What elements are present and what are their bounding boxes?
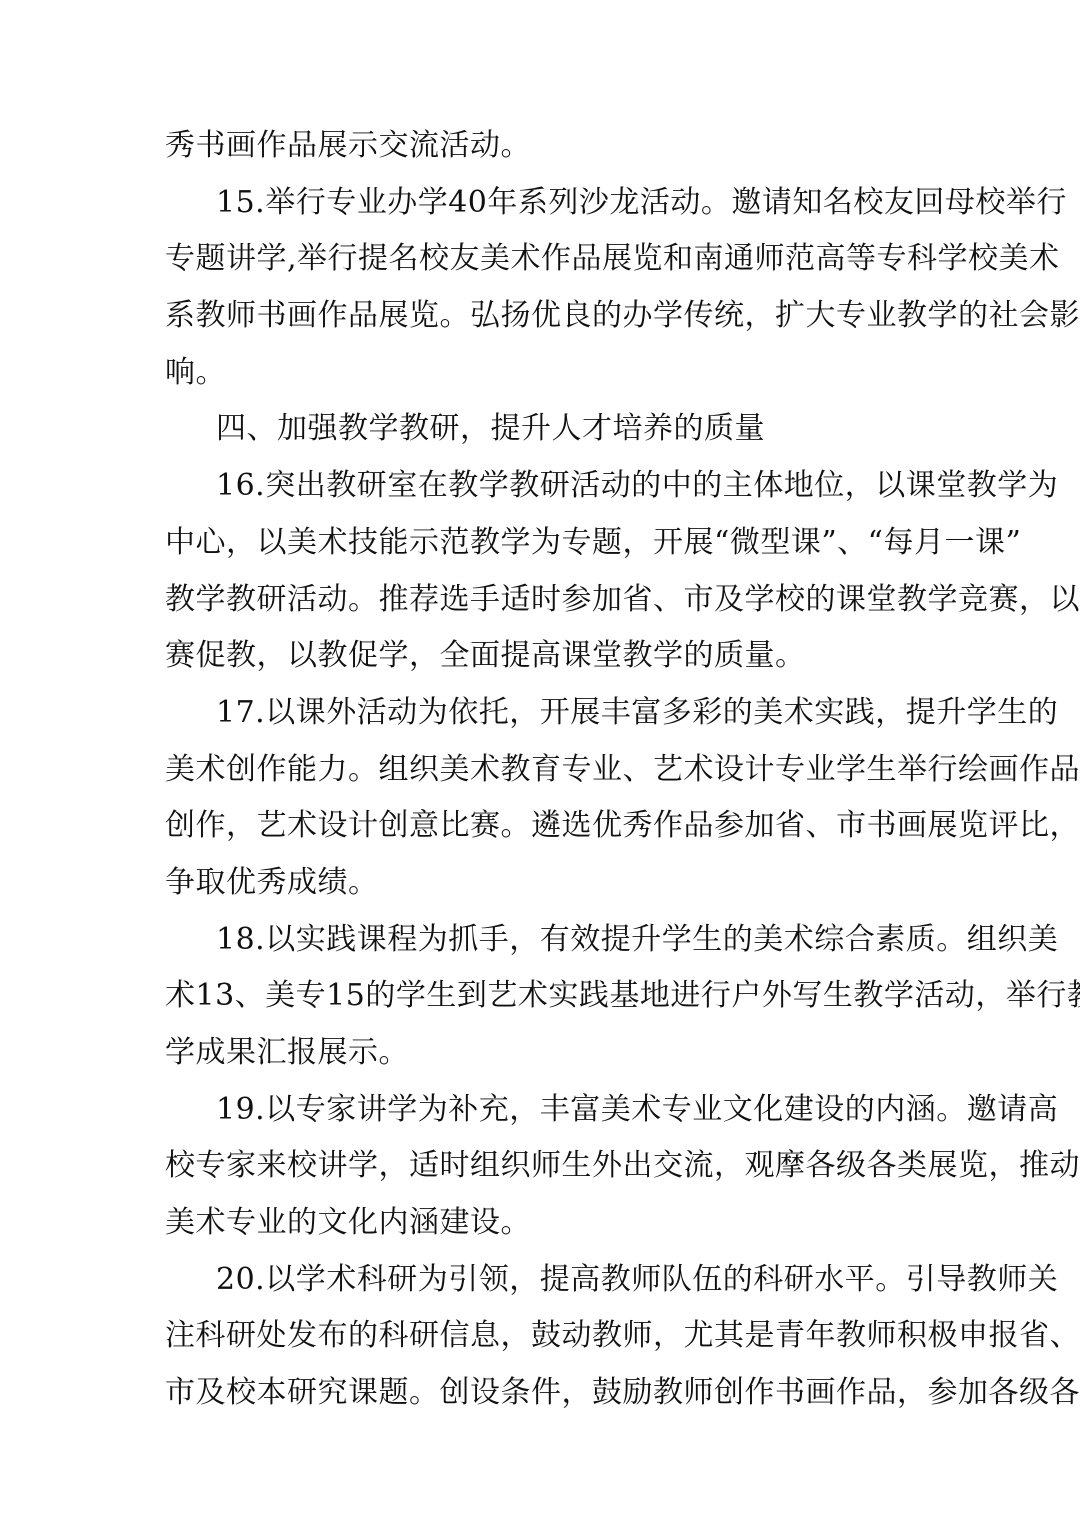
text-line: 中心，以美术技能示范教学为专题，开展“微型课”、“每月一课” xyxy=(165,515,921,572)
text-line: 系教师书画作品展览。弘扬优良的办学传统，扩大专业教学的社会影 xyxy=(165,288,921,345)
paragraph-16-start: 16.突出教研室在教学教研活动的中的主体地位，以课堂教学为 xyxy=(165,458,921,515)
text-line: 注科研处发布的科研信息，鼓动教师，尤其是青年教师积极申报省、 xyxy=(165,1308,921,1365)
paragraph-17-start: 17.以课外活动为依托，开展丰富多彩的美术实践，提升学生的 xyxy=(165,685,921,742)
text-line: 美术专业的文化内涵建设。 xyxy=(165,1195,921,1252)
paragraph-20-start: 20.以学术科研为引领，提高教师队伍的科研水平。引导教师关 xyxy=(165,1252,921,1309)
paragraph-15-start: 15.举行专业办学40年系列沙龙活动。邀请知名校友回母校举行 xyxy=(165,175,921,232)
document-page: 秀书画作品展示交流活动。 15.举行专业办学40年系列沙龙活动。邀请知名校友回母… xyxy=(165,118,921,1422)
text-line: 教学教研活动。推荐选手适时参加省、市及学校的课堂教学竞赛，以 xyxy=(165,572,921,629)
text-line: 学成果汇报展示。 xyxy=(165,1025,921,1082)
text-line: 创作，艺术设计创意比赛。遴选优秀作品参加省、市书画展览评比， xyxy=(165,798,921,855)
text-line: 术13、美专15的学生到艺术实践基地进行户外写生教学活动，举行教 xyxy=(165,968,921,1025)
paragraph-18-start: 18.以实践课程为抓手，有效提升学生的美术综合素质。组织美 xyxy=(165,912,921,969)
text-line: 市及校本研究课题。创设条件，鼓励教师创作书画作品，参加各级各 xyxy=(165,1365,921,1422)
section-heading: 四、加强教学教研，提升人才培养的质量 xyxy=(165,401,921,458)
text-line: 专题讲学,举行提名校友美术作品展览和南通师范高等专科学校美术 xyxy=(165,231,921,288)
paragraph-19-start: 19.以专家讲学为补充，丰富美术专业文化建设的内涵。邀请高 xyxy=(165,1082,921,1139)
text-line: 秀书画作品展示交流活动。 xyxy=(165,118,921,175)
text-line: 响。 xyxy=(165,345,921,402)
text-line: 赛促教，以教促学，全面提高课堂教学的质量。 xyxy=(165,628,921,685)
text-line: 校专家来校讲学，适时组织师生外出交流，观摩各级各类展览，推动 xyxy=(165,1138,921,1195)
text-line: 美术创作能力。组织美术教育专业、艺术设计专业学生举行绘画作品 xyxy=(165,742,921,799)
text-line: 争取优秀成绩。 xyxy=(165,855,921,912)
